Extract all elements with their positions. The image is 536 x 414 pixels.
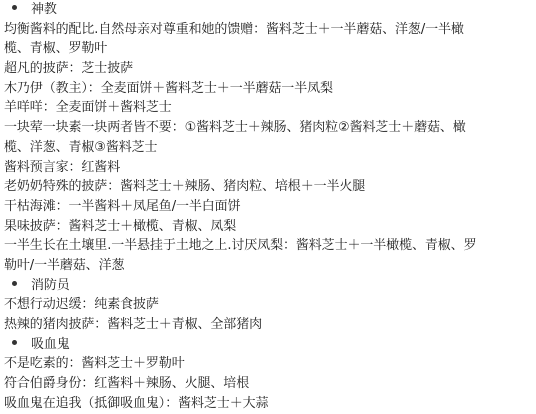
recipe-line: 一块荤一块素一块两者皆不要：①酱料芝士＋辣肠、猪肉粒②酱料芝士＋蘑菇、橄 xyxy=(4,118,536,138)
recipe-document: 神教 均衡酱料的配比.自然母亲对尊重和她的馈赠：酱料芝士＋一半蘑菇、洋葱/一半橄… xyxy=(0,0,536,413)
recipe-line: 超凡的披萨：芝士披萨 xyxy=(4,59,536,79)
recipe-line: 老奶奶特殊的披萨：酱料芝士＋辣肠、猪肉粒、培根＋一半火腿 xyxy=(4,177,536,197)
section-heading: 消防员 xyxy=(4,276,536,296)
recipe-line: 热辣的猪肉披萨：酱料芝士＋青椒、全部猪肉 xyxy=(4,315,536,335)
recipe-line: 均衡酱料的配比.自然母亲对尊重和她的馈赠：酱料芝士＋一半蘑菇、洋葱/一半橄 xyxy=(4,20,536,40)
bullet-icon xyxy=(12,340,17,345)
recipe-line: 符合伯爵身份：红酱料＋辣肠、火腿、培根 xyxy=(4,374,536,394)
recipe-line: 吸血鬼在追我（抵御吸血鬼）：酱料芝士＋大蒜 xyxy=(4,394,536,414)
bullet-icon xyxy=(12,5,17,10)
recipe-line: 干枯海滩：一半酱料＋凤尾鱼/一半白面饼 xyxy=(4,197,536,217)
recipe-line: 一半生长在土壤里.一半悬挂于土地之上.讨厌凤梨：酱料芝士＋一半橄榄、青椒、罗 xyxy=(4,236,536,256)
bullet-icon xyxy=(12,281,17,286)
recipe-line: 不是吃素的：酱料芝士＋罗勒叶 xyxy=(4,354,536,374)
recipe-line: 酱料预言家：红酱料 xyxy=(4,158,536,178)
recipe-line: 果味披萨：酱料芝士＋橄榄、青椒、凤梨 xyxy=(4,217,536,237)
section-heading: 吸血鬼 xyxy=(4,335,536,355)
section-heading: 神教 xyxy=(4,0,536,20)
recipe-line: 榄、青椒、罗勒叶 xyxy=(4,39,536,59)
recipe-line: 榄、洋葱、青椒③酱料芝士 xyxy=(4,138,536,158)
recipe-line: 羊咩咩：全麦面饼＋酱料芝士 xyxy=(4,98,536,118)
recipe-line: 不想行动迟缓：纯素食披萨 xyxy=(4,295,536,315)
recipe-line: 木乃伊（教主）：全麦面饼＋酱料芝士＋一半蘑菇一半凤梨 xyxy=(4,79,536,99)
recipe-line: 勒叶/一半蘑菇、洋葱 xyxy=(4,256,536,276)
